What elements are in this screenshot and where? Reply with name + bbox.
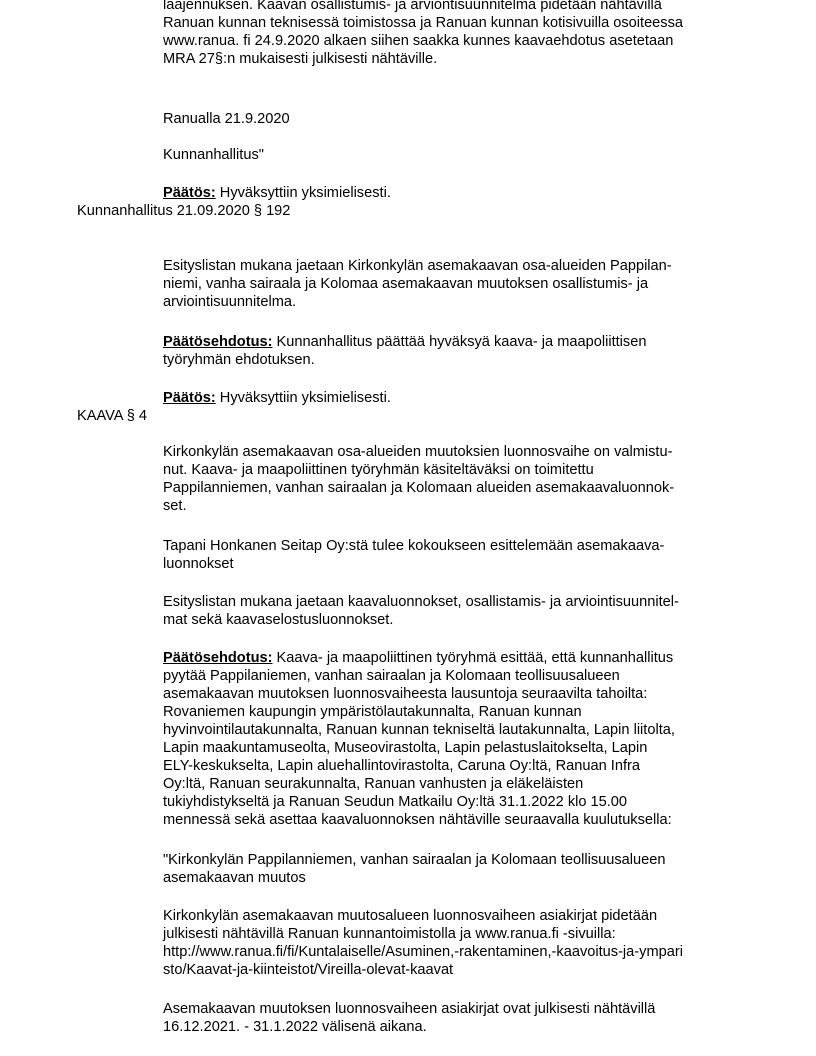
paragraph-line: mat sekä kaavaselostusluonnokset. [163,611,393,629]
decision-label: Päätösehdotus: [163,334,272,350]
section-header: Kunnanhallitus 21.09.2020 § 192 [77,202,290,220]
notice-title-line: asemakaavan muutos [163,869,306,887]
paragraph-line: www.ranua. fi 24.9.2020 alkaen siihen sa… [163,32,673,50]
notice-body-line: julkisesti nähtävillä Ranuan kunnantoimi… [163,925,616,943]
section-header: KAAVA § 4 [77,407,147,425]
decision-label: Päätös: [163,185,216,201]
notice-body-line: http://www.ranua.fi/fi/Kuntalaiselle/Asu… [163,943,683,961]
proposal-line: työryhmän ehdotuksen. [163,351,315,369]
notice-period-line: 16.12.2021. - 31.1.2022 välisenä aikana. [163,1018,427,1036]
decision-label: Päätösehdotus: [163,650,272,666]
paragraph-line: Pappilanniemen, vanhan sairaalan ja Kolo… [163,479,674,497]
paragraph-line: MRA 27§:n mukaisesti julkisesti nähtävil… [163,50,437,68]
proposal-line: Lapin maakuntamuseolta, Museovirastolta,… [163,739,647,757]
notice-title-line: "Kirkonkylän Pappilanniemen, vanhan sair… [163,851,666,869]
paragraph-line: set. [163,497,187,515]
decision-line: Päätös: Hyväksyttiin yksimielisesti. [163,184,391,202]
proposal-line: Päätösehdotus: Kaava- ja maapoliittinen … [163,649,673,667]
proposal-line: ELY-keskukselta, Lapin aluehallintoviras… [163,757,640,775]
place-date: Ranualla 21.9.2020 [163,110,290,128]
paragraph-line: Esityslistan mukana jaetaan kaavaluonnok… [163,593,679,611]
notice-period-line: Asemakaavan muutoksen luonnosvaiheen asi… [163,1000,655,1018]
paragraph-line: arviointisuunnitelma. [163,293,296,311]
signer: Kunnanhallitus" [163,146,264,164]
proposal-line: pyytää Pappilaniemen, vanhan sairaalan j… [163,667,620,685]
paragraph-line: luonnokset [163,555,234,573]
notice-body-line: Kirkonkylän asemakaavan muutosalueen luo… [163,907,657,925]
paragraph-line: Esityslistan mukana jaetaan Kirkonkylän … [163,257,672,275]
paragraph-line: Ranuan kunnan teknisessä toimistossa ja … [163,14,683,32]
paragraph-line: Kirkonkylän asemakaavan osa-alueiden muu… [163,443,672,461]
proposal-line: mennessä sekä asettaa kaavaluonnoksen nä… [163,811,672,829]
proposal-line: hyvinvointilautakunnalta, Ranuan kunnan … [163,721,675,739]
proposal-line: asemakaavan muutoksen luonnosvaiheesta l… [163,685,647,703]
proposal-line: Päätösehdotus: Kunnanhallitus päättää hy… [163,333,646,351]
paragraph-line: Tapani Honkanen Seitap Oy:stä tulee koko… [163,537,664,555]
paragraph-line: niemi, vanha sairaala ja Kolomaa asemaka… [163,275,648,293]
proposal-line: Oy:ltä, Ranuan seurakunnalta, Ranuan van… [163,775,583,793]
proposal-line: Rovaniemen kaupungin ympäristölautakunna… [163,703,582,721]
proposal-line: tukiyhdistykseltä ja Ranuan Seudun Matka… [163,793,627,811]
notice-body-line: sto/Kaavat-ja-kiinteistot/Vireilla-oleva… [163,961,453,979]
paragraph-line: laajennuksen. Kaavan osallistumis- ja ar… [163,0,662,14]
decision-line: Päätös: Hyväksyttiin yksimielisesti. [163,389,391,407]
paragraph-line: nut. Kaava- ja maapoliittinen työryhmän … [163,461,594,479]
decision-label: Päätös: [163,390,216,406]
